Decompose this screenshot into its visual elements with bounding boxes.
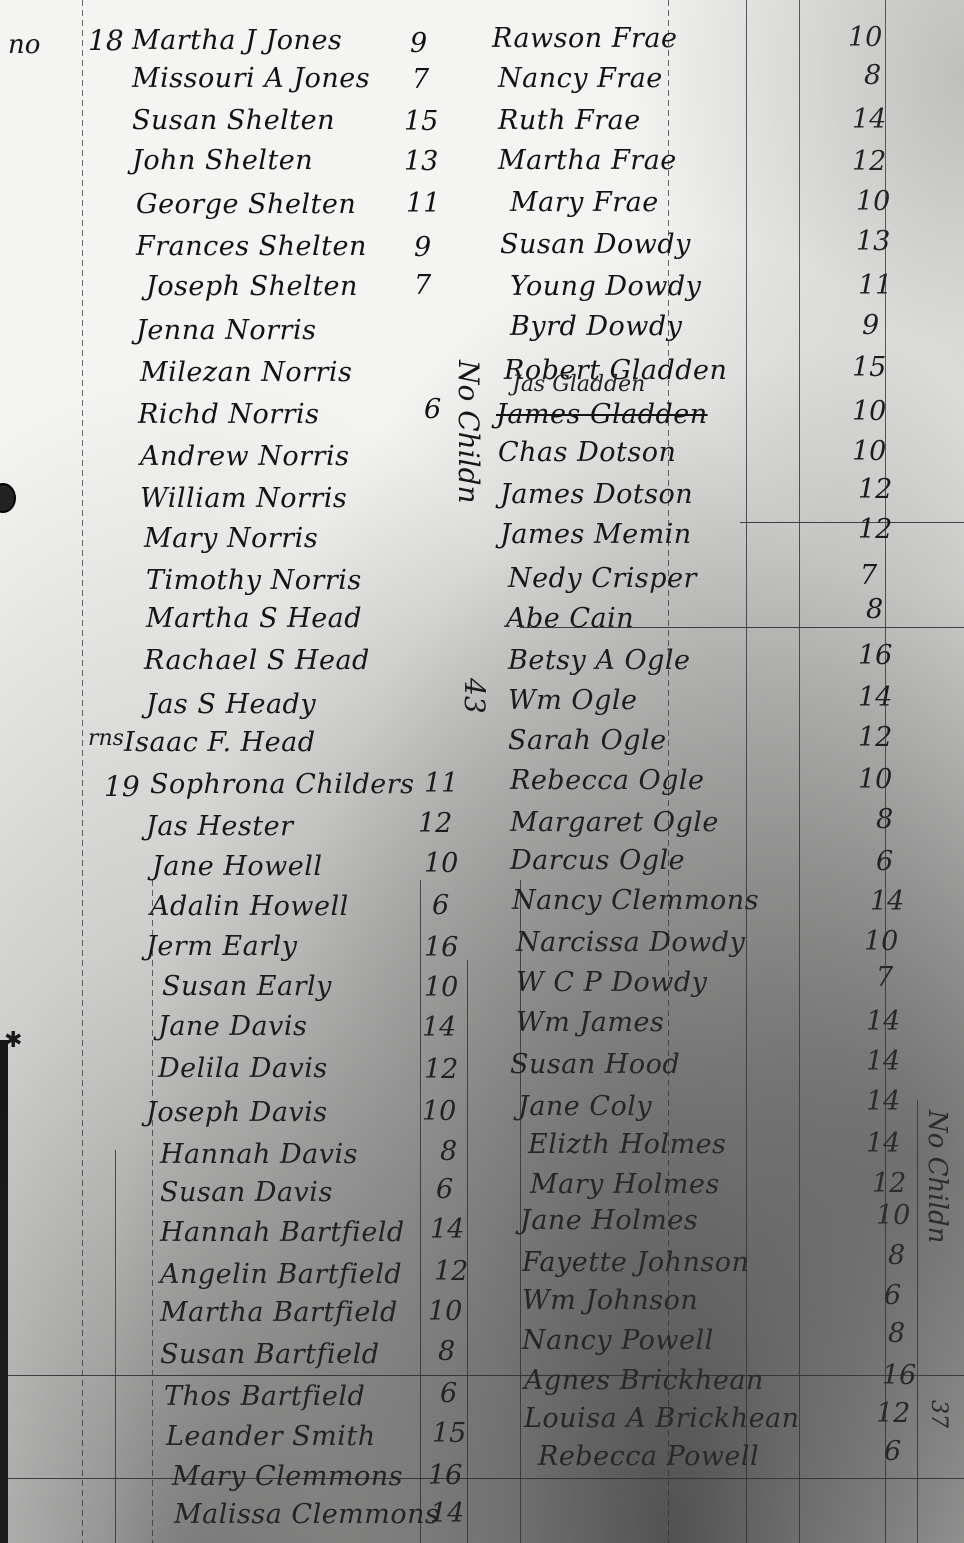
list-item: Rawson Frae bbox=[492, 18, 677, 54]
age: 8 bbox=[888, 1318, 905, 1349]
age: 13 bbox=[856, 226, 890, 257]
vertical-annotation: No Childn bbox=[922, 1110, 952, 1243]
list-item: Mary Holmes bbox=[530, 1164, 720, 1200]
list-item: Wm Ogle bbox=[508, 680, 637, 716]
list-item: Fayette Johnson bbox=[522, 1242, 749, 1278]
age: 14 bbox=[858, 682, 892, 713]
age: 9 bbox=[414, 232, 431, 263]
age: 6 bbox=[876, 846, 893, 877]
list-item: Frances Shelten bbox=[136, 226, 367, 262]
age: 14 bbox=[866, 1046, 900, 1077]
list-item: Louisa A Brickhean bbox=[524, 1398, 800, 1434]
list-item: Darcus Ogle bbox=[510, 840, 685, 876]
age: 7 bbox=[414, 270, 431, 301]
list-item: John Shelten bbox=[132, 140, 313, 176]
list-item: Nancy Frae bbox=[498, 58, 663, 94]
age: 14 bbox=[866, 1006, 900, 1037]
list-item: Angelin Bartfield bbox=[160, 1254, 402, 1290]
age: 10 bbox=[428, 1296, 462, 1327]
list-item: Thos Bartfield bbox=[164, 1376, 365, 1412]
column-rule bbox=[799, 0, 800, 1543]
age: 16 bbox=[424, 932, 458, 963]
age: 12 bbox=[872, 1168, 906, 1199]
list-item: Mary Frae bbox=[510, 182, 659, 218]
age: 10 bbox=[424, 848, 458, 879]
column-rule bbox=[152, 880, 153, 1543]
age: 11 bbox=[858, 270, 892, 301]
column-rule bbox=[467, 960, 468, 1543]
age: 10 bbox=[852, 396, 886, 427]
list-item: Andrew Norris bbox=[140, 436, 349, 472]
age: 10 bbox=[858, 764, 892, 795]
list-item: Jane Davis bbox=[158, 1006, 307, 1042]
vertical-count: 37 bbox=[926, 1400, 951, 1428]
list-item: Wm James bbox=[516, 1002, 664, 1038]
list-item: Timothy Norris bbox=[146, 560, 362, 596]
list-item: Jane Holmes bbox=[520, 1200, 698, 1236]
age: 16 bbox=[882, 1360, 916, 1391]
age: 12 bbox=[858, 474, 892, 505]
column-rule bbox=[420, 880, 421, 1543]
list-item: Jas S Heady bbox=[146, 684, 316, 720]
list-item: Jerm Early bbox=[146, 926, 298, 962]
list-item: James Dotson bbox=[500, 474, 693, 510]
age: 11 bbox=[424, 768, 458, 799]
list-item: Sarah Ogle bbox=[508, 720, 667, 756]
age: 15 bbox=[852, 352, 886, 383]
list-item: James Memin bbox=[500, 514, 692, 550]
age: 8 bbox=[864, 60, 881, 91]
list-item: Malissa Clemmons bbox=[174, 1494, 439, 1530]
list-item: W C P Dowdy bbox=[516, 962, 707, 998]
age: 14 bbox=[870, 886, 904, 917]
age: 14 bbox=[430, 1214, 464, 1245]
column-rule bbox=[82, 0, 83, 1543]
list-item: Mary Norris bbox=[144, 518, 318, 554]
age: 7 bbox=[876, 962, 893, 993]
household-number: 19 bbox=[104, 770, 140, 803]
list-item: Jas Hester bbox=[146, 806, 293, 842]
age: 7 bbox=[860, 560, 877, 591]
list-item: Leander Smith bbox=[166, 1416, 376, 1452]
age: 12 bbox=[852, 146, 886, 177]
row-rule bbox=[0, 1478, 964, 1479]
scan-edge bbox=[0, 1040, 8, 1543]
vertical-count: 43 bbox=[458, 678, 491, 714]
age: 10 bbox=[856, 186, 890, 217]
list-item: Nedy Crisper bbox=[508, 558, 697, 594]
list-item: Abe Cain bbox=[506, 598, 634, 634]
age: 6 bbox=[436, 1174, 453, 1205]
list-item: Mary Clemmons bbox=[172, 1456, 403, 1492]
list-item: Ruth Frae bbox=[498, 100, 641, 136]
list-item: Susan Shelten bbox=[132, 100, 335, 136]
age: 15 bbox=[404, 106, 438, 137]
list-item: Jenna Norris bbox=[136, 310, 316, 346]
list-item: Susan Hood bbox=[510, 1044, 680, 1080]
age: 12 bbox=[424, 1054, 458, 1085]
age: 12 bbox=[434, 1256, 468, 1287]
row-rule bbox=[740, 522, 964, 523]
list-item: Jane Howell bbox=[152, 846, 323, 882]
list-item: Chas Dotson bbox=[498, 432, 676, 468]
age: 8 bbox=[440, 1136, 457, 1167]
margin-mark: no bbox=[8, 30, 40, 60]
register-page: ✱ no 18 19 rns No Childn 43 No Childn 37… bbox=[0, 0, 964, 1543]
age: 10 bbox=[422, 1096, 456, 1127]
age: 12 bbox=[876, 1398, 910, 1429]
age: 14 bbox=[866, 1128, 900, 1159]
list-item: Agnes Brickhean bbox=[524, 1360, 764, 1396]
list-item: Milezan Norris bbox=[140, 352, 352, 388]
age: 11 bbox=[406, 188, 440, 219]
age: 7 bbox=[412, 64, 429, 95]
binder-hole-icon bbox=[0, 483, 16, 513]
list-item: William Norris bbox=[140, 478, 347, 514]
age: 6 bbox=[432, 890, 449, 921]
age: 14 bbox=[852, 104, 886, 135]
age: 6 bbox=[884, 1436, 901, 1467]
list-item: Missouri A Jones bbox=[132, 58, 370, 94]
list-item: Joseph Davis bbox=[146, 1092, 328, 1128]
household-number: 18 bbox=[88, 24, 124, 57]
age: 14 bbox=[430, 1498, 464, 1529]
list-item: Sophrona Childers bbox=[150, 764, 415, 800]
age: 12 bbox=[858, 514, 892, 545]
list-item: Nancy Clemmons bbox=[512, 880, 759, 916]
age: 6 bbox=[440, 1378, 457, 1409]
list-item: Young Dowdy bbox=[510, 266, 701, 302]
row-rule bbox=[0, 1375, 964, 1376]
list-item: Susan Bartfield bbox=[160, 1334, 380, 1370]
column-rule bbox=[917, 1100, 918, 1543]
list-item: Martha S Head bbox=[146, 598, 362, 634]
list-item: Narcissa Dowdy bbox=[516, 922, 745, 958]
age: 8 bbox=[876, 804, 893, 835]
list-item: Margaret Ogle bbox=[510, 802, 719, 838]
age: 9 bbox=[410, 28, 427, 59]
list-item: James Gladden bbox=[496, 394, 708, 430]
age: 8 bbox=[438, 1336, 455, 1367]
asterisk-mark-icon: ✱ bbox=[4, 1028, 22, 1053]
list-item: Elizth Holmes bbox=[528, 1124, 726, 1160]
list-item: Rachael S Head bbox=[144, 640, 370, 676]
row-prefix: rns bbox=[88, 726, 124, 751]
age: 6 bbox=[424, 394, 441, 425]
age: 9 bbox=[862, 310, 879, 341]
list-item: Rebecca Powell bbox=[538, 1436, 759, 1472]
list-item: Susan Early bbox=[162, 966, 332, 1002]
age: 16 bbox=[858, 640, 892, 671]
list-item: Hannah Bartfield bbox=[160, 1212, 405, 1248]
age: 10 bbox=[864, 926, 898, 957]
age: 10 bbox=[876, 1200, 910, 1231]
age: 15 bbox=[432, 1418, 466, 1449]
column-rule bbox=[746, 0, 747, 1543]
age: 10 bbox=[852, 436, 886, 467]
list-item: Rebecca Ogle bbox=[510, 760, 705, 796]
age: 8 bbox=[866, 594, 883, 625]
list-item: Wm Johnson bbox=[522, 1280, 698, 1316]
age: 13 bbox=[404, 146, 438, 177]
list-item: Betsy A Ogle bbox=[508, 640, 690, 676]
list-item: Jane Coly bbox=[518, 1086, 652, 1122]
list-item: Delila Davis bbox=[158, 1048, 328, 1084]
age: 6 bbox=[884, 1280, 901, 1311]
list-item: Richd Norris bbox=[138, 394, 320, 430]
list-item: Nancy Powell bbox=[522, 1320, 714, 1356]
age: 10 bbox=[848, 22, 882, 53]
list-item: Martha J Jones bbox=[132, 20, 342, 56]
age: 14 bbox=[422, 1012, 456, 1043]
age: 14 bbox=[866, 1086, 900, 1117]
age: 12 bbox=[858, 722, 892, 753]
age: 8 bbox=[888, 1240, 905, 1271]
age: 16 bbox=[428, 1460, 462, 1491]
list-item: Joseph Shelten bbox=[146, 266, 358, 302]
list-item: Adalin Howell bbox=[150, 886, 349, 922]
age: 12 bbox=[418, 808, 452, 839]
list-item: Martha Frae bbox=[498, 140, 677, 176]
list-item: Martha Bartfield bbox=[160, 1292, 398, 1328]
vertical-annotation: No Childn bbox=[452, 360, 485, 504]
list-item: Byrd Dowdy bbox=[510, 306, 682, 342]
list-item: Susan Dowdy bbox=[500, 224, 691, 260]
list-item: Hannah Davis bbox=[160, 1134, 358, 1170]
list-item: Susan Davis bbox=[160, 1172, 333, 1208]
age: 10 bbox=[424, 972, 458, 1003]
column-rule bbox=[115, 1150, 116, 1543]
list-item: George Shelten bbox=[136, 184, 356, 220]
list-item: Isaac F. Head bbox=[124, 722, 316, 758]
